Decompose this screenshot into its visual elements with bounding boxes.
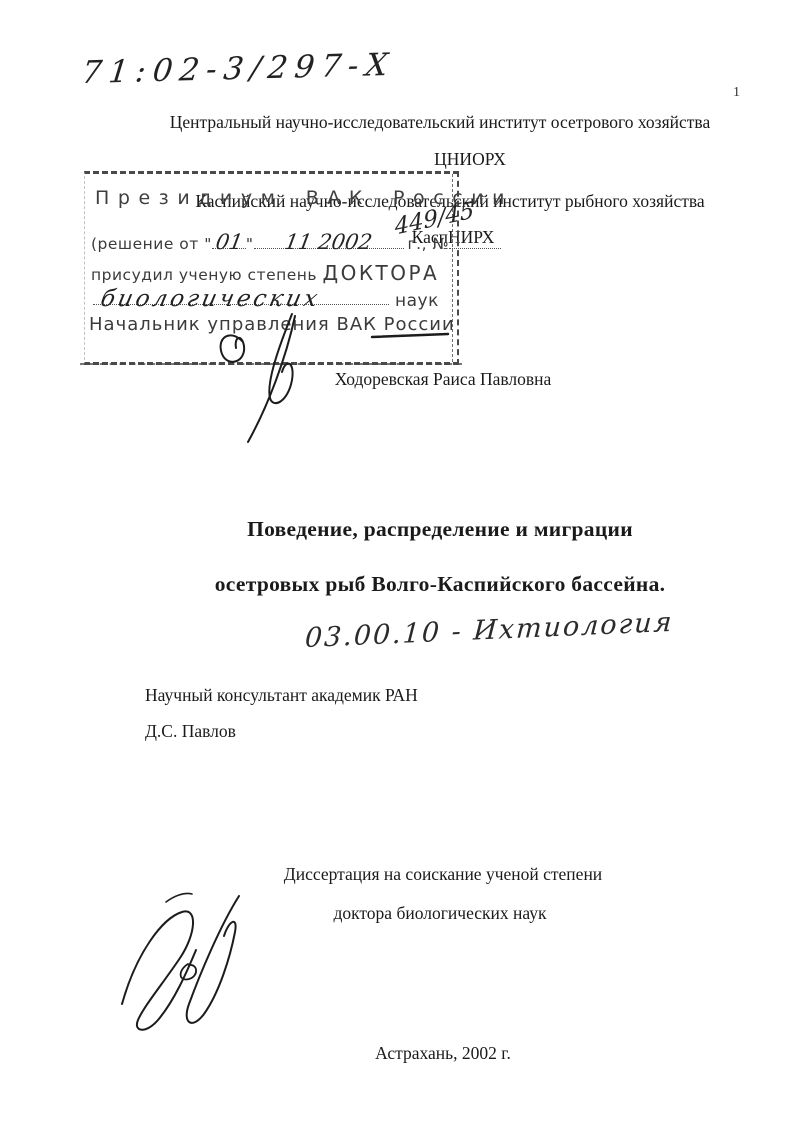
stamp-branch-blank: биологических [93,286,389,305]
stamp-month-year-handwritten: 11 2002 [283,230,374,254]
stamp-nauk-label: наук [395,291,439,311]
author-signature [108,882,273,1040]
stamp-degree-word: ДОКТОРА [322,261,439,285]
catalog-number-handwritten: 71:02-3/297-Х [80,47,397,91]
specialty-handwritten: 03.00.10 - Ихтиология [304,607,674,654]
official-signature [140,310,460,445]
institute-1-abbr: ЦНИОРХ [170,149,770,170]
stamp-day-handwritten: 01 [213,230,244,254]
stamp-decision-prefix: (решение от " [91,235,212,253]
consultant-line2: Д.С. Павлов [145,721,236,742]
consultant-line1: Научный консультант академик РАН [145,685,418,706]
stamp-quote: " [246,235,254,253]
dissertation-title-line1: Поведение, распределение и миграции [90,517,790,542]
stamp-degree-prefix: присудил ученую степень [91,266,322,284]
footer-city-year: Астрахань, 2002 г. [93,1043,793,1064]
stamp-branch-handwritten: биологических [98,286,322,312]
stamp-number-blank [449,230,501,249]
scanned-title-page: 71:02-3/297-Х 1 Центральный научно-иссле… [0,0,793,1122]
page-number: 1 [733,85,740,101]
stamp-day-blank: 01 [212,230,246,249]
stamp-number-label: г., № [408,235,450,253]
institute-1-name: Центральный научно-исследовательский инс… [90,112,790,133]
stamp-date-blank: 11 2002 [254,230,404,249]
dissertation-title-line2: осетровых рыб Волго-Каспийского бассейна… [90,572,790,597]
